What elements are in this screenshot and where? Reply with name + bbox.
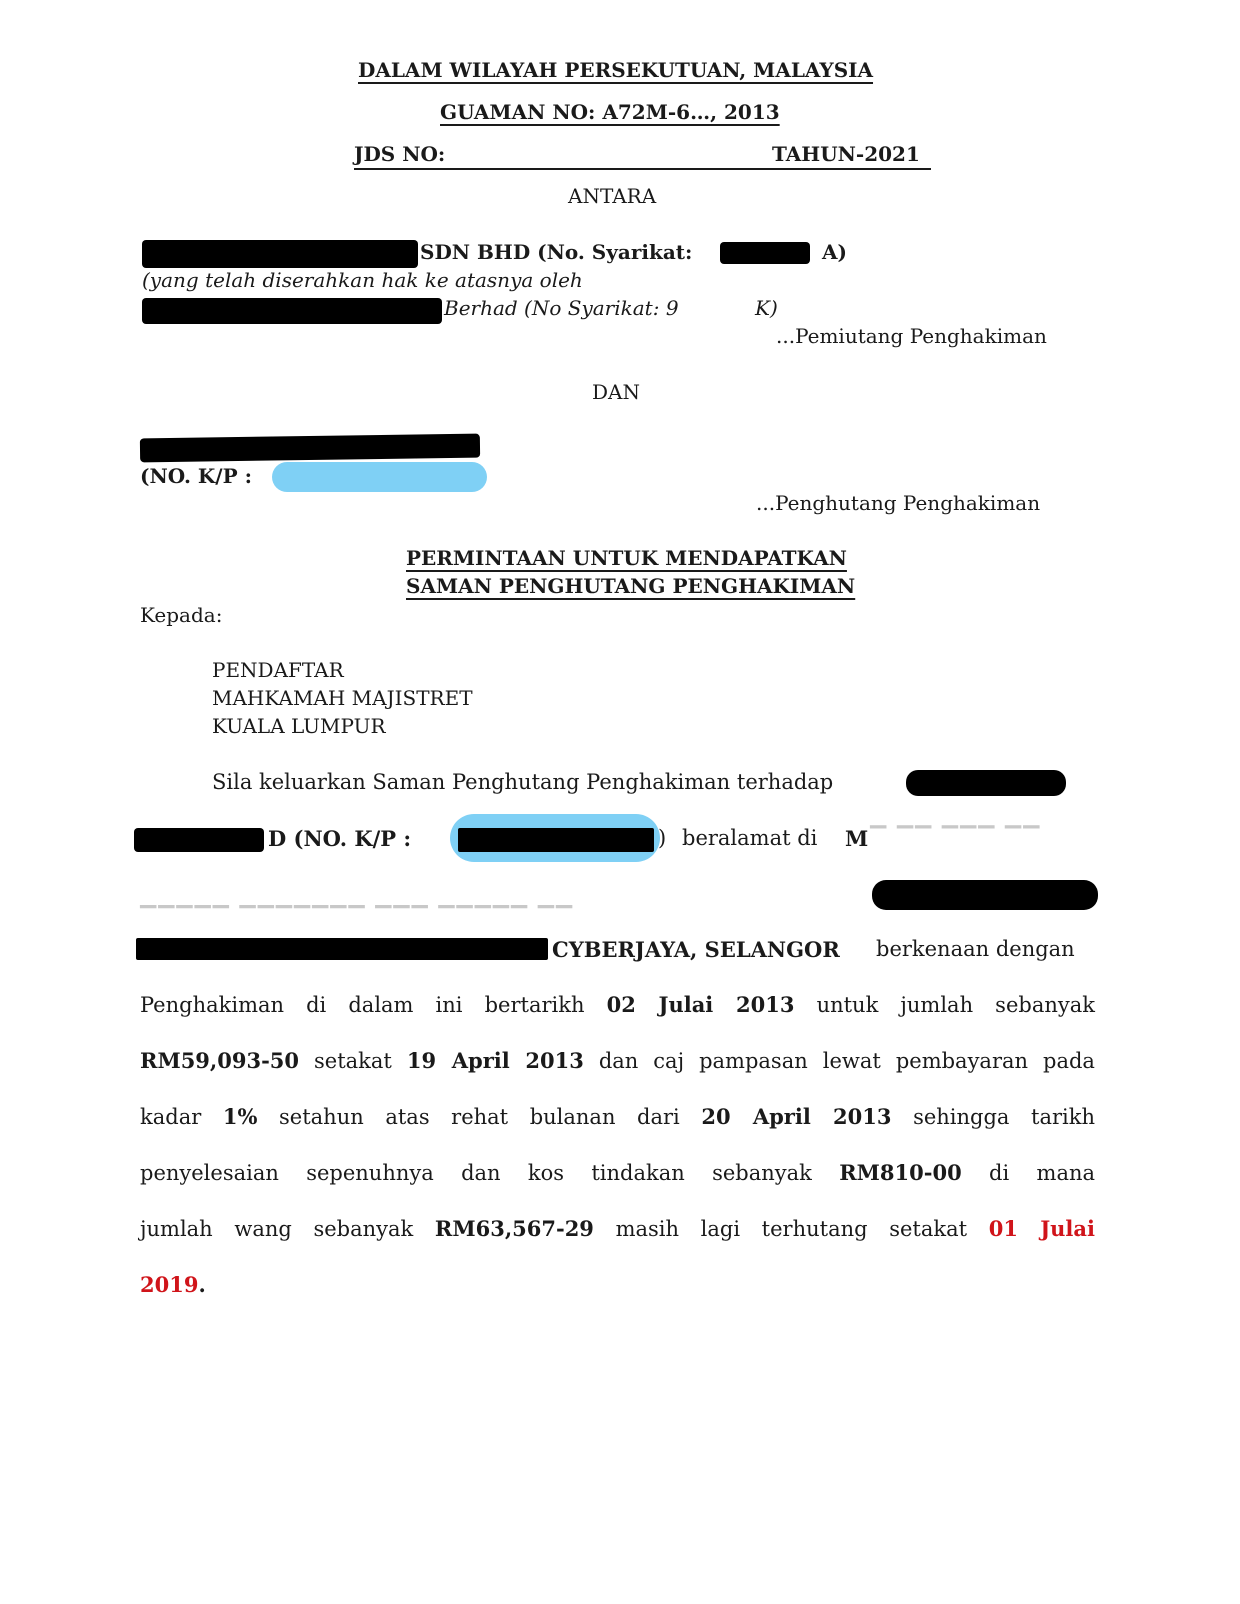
redaction-plaintiff-reg <box>720 242 810 264</box>
faded-address-line: ▁▁▁▁▁ ▁▁▁▁▁▁▁ ▁▁▁ ▁▁▁▁▁ ▁▁ <box>140 884 574 908</box>
body-line-6: RM59,093-50 setakat 19 April 2013 dan ca… <box>140 1048 1095 1073</box>
addressee-line-1: PENDAFTAR <box>212 658 344 682</box>
redaction-defendant-ic <box>272 462 487 492</box>
redaction-respondent-name <box>906 770 1066 796</box>
body-line-5: Penghakiman di dalam ini bertarikh 02 Ju… <box>140 992 1095 1017</box>
redaction-address-line <box>136 938 548 960</box>
faded-address-fragment: ▔ ▔▔ ▔▔▔ ▔▔ <box>870 826 1041 850</box>
body-line-8: penyelesaian sepenuhnya dan kos tindakan… <box>140 1160 1095 1185</box>
redaction-defendant-name <box>140 434 480 463</box>
redaction-respondent-name-2 <box>134 828 264 852</box>
body-line-9: jumlah wang sebanyak RM63,567-29 masih l… <box>140 1216 1095 1241</box>
assignor-line: Berhad (No Syarikat: 9 <box>444 296 679 320</box>
body-line-10: 2019. <box>140 1272 206 1297</box>
defendant-role: ...Penghutang Penghakiman <box>756 491 1040 515</box>
judgment-date: 02 Julai 2013 <box>607 992 795 1017</box>
jds-label: JDS NO: <box>354 142 445 166</box>
body-line-7: kadar 1% setahun atas rehat bulanan dari… <box>140 1104 1095 1129</box>
costs-amount: RM810-00 <box>839 1160 961 1185</box>
body-line-4-text: berkenaan dengan <box>876 937 1075 961</box>
addressee-line-2: MAHKAMAH MAJISTRET <box>212 686 473 710</box>
assigned-line: (yang telah diserahkan hak ke atasnya ol… <box>142 268 583 292</box>
case-number: GUAMAN NO: A72M-6…, 2013 <box>440 100 780 124</box>
outstanding-amount: RM63,567-29 <box>435 1216 594 1241</box>
court-heading: DALAM WILAYAH PERSEKUTUAN, MALAYSIA <box>358 58 873 82</box>
jds-year: TAHUN-2021 <box>772 142 920 166</box>
redaction-address-part <box>872 880 1098 910</box>
jds-underline <box>354 168 931 170</box>
outstanding-date-1: 01 Julai <box>989 1216 1095 1241</box>
body-address-start: M <box>845 826 868 851</box>
body-ic-close: ) <box>658 826 666 850</box>
defendant-ic-label: (NO. K/P : <box>140 464 252 488</box>
body-address-text: beralamat di <box>682 826 817 850</box>
title-line-2: SAMAN PENGHUTANG PENGHAKIMAN <box>406 574 855 598</box>
addressee-line-3: KUALA LUMPUR <box>212 714 386 738</box>
interest-from-date: 20 April 2013 <box>701 1104 891 1129</box>
plaintiff-name-suffix: SDN BHD (No. Syarikat: <box>420 240 692 264</box>
outstanding-date-2: 2019 <box>140 1272 198 1297</box>
plaintiff-role: ...Pemiutang Penghakiman <box>776 324 1047 348</box>
body-line-1: Sila keluarkan Saman Penghutang Penghaki… <box>212 770 833 794</box>
assignor-reg-suffix: K) <box>755 296 778 320</box>
as-at-date: 19 April 2013 <box>407 1048 584 1073</box>
antara-label: ANTARA <box>568 184 656 208</box>
interest-rate: 1% <box>223 1104 258 1129</box>
dan-label: DAN <box>592 380 640 404</box>
address-city: CYBERJAYA, SELANGOR <box>552 937 840 962</box>
title-line-1: PERMINTAAN UNTUK MENDAPATKAN <box>406 546 847 570</box>
redaction-assignor-name <box>142 298 442 324</box>
redaction-respondent-ic <box>458 828 654 852</box>
redaction-plaintiff-name <box>142 240 418 268</box>
plaintiff-reg-suffix: A) <box>822 240 847 264</box>
body-ic-label: D (NO. K/P : <box>268 826 411 851</box>
kepada-label: Kepada: <box>140 603 222 627</box>
judgment-amount: RM59,093-50 <box>140 1048 299 1073</box>
